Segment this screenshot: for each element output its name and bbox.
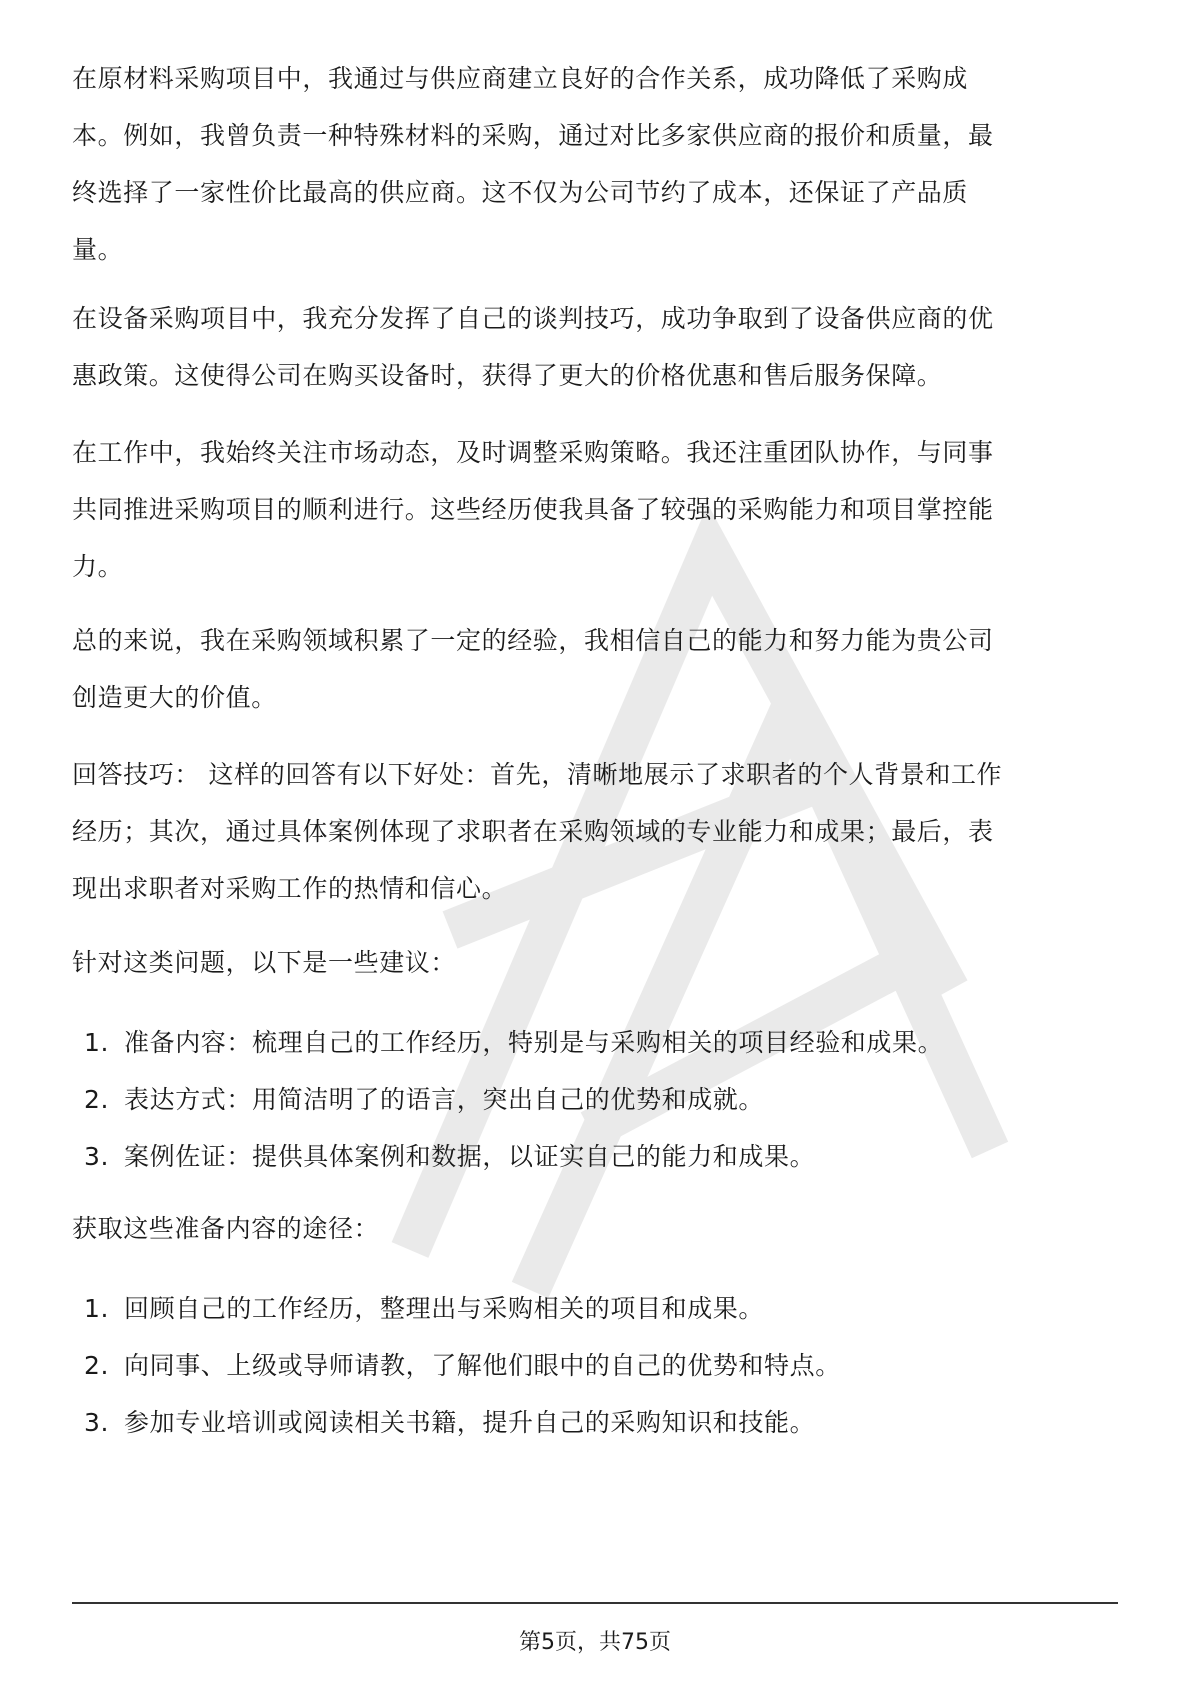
paragraph-suggestions-heading: 针对这类问题，以下是一些建议： — [72, 934, 1122, 991]
text-line: 量。 — [72, 221, 1122, 278]
text-line: 惠政策。这使得公司在购买设备时，获得了更大的价格优惠和售后服务保障。 — [72, 347, 1122, 404]
text-line: 总的来说，我在采购领域积累了一定的经验，我相信自己的能力和努力能为贵公司 — [72, 612, 1122, 669]
text-line: 回答技巧： 这样的回答有以下好处：首先，清晰地展示了求职者的个人背景和工作 — [72, 746, 1122, 803]
text-line: 现出求职者对采购工作的热情和信心。 — [72, 860, 1122, 917]
text-line: 力。 — [72, 538, 1122, 595]
list-item: 2.表达方式：用简洁明了的语言，突出自己的优势和成就。 — [84, 1071, 1124, 1128]
paragraph-raw-materials: 在原材料采购项目中，我通过与供应商建立良好的合作关系，成功降低了采购成 本。例如… — [72, 50, 1122, 278]
page-number: 第5页，共75页 — [0, 1625, 1190, 1656]
text-line: 本。例如，我曾负责一种特殊材料的采购，通过对比多家供应商的报价和质量，最 — [72, 107, 1122, 164]
list-item: 3.参加专业培训或阅读相关书籍，提升自己的采购知识和技能。 — [84, 1394, 1124, 1451]
text-line: 终选择了一家性价比最高的供应商。这不仅为公司节约了成本，还保证了产品质 — [72, 164, 1122, 221]
text-line: 共同推进采购项目的顺利进行。这些经历使我具备了较强的采购能力和项目掌控能 — [72, 481, 1122, 538]
paragraph-work: 在工作中，我始终关注市场动态，及时调整采购策略。我还注重团队协作，与同事 共同推… — [72, 424, 1122, 595]
list-item: 1.准备内容：梳理自己的工作经历，特别是与采购相关的项目经验和成果。 — [84, 1014, 1124, 1071]
list-item: 3.案例佐证：提供具体案例和数据，以证实自己的能力和成果。 — [84, 1128, 1124, 1185]
list-item: 1.回顾自己的工作经历，整理出与采购相关的项目和成果。 — [84, 1280, 1124, 1337]
text-line: 在设备采购项目中，我充分发挥了自己的谈判技巧，成功争取到了设备供应商的优 — [72, 290, 1122, 347]
suggestions-list: 1.准备内容：梳理自己的工作经历，特别是与采购相关的项目经验和成果。 2.表达方… — [84, 1014, 1124, 1185]
paragraph-answer-tips: 回答技巧： 这样的回答有以下好处：首先，清晰地展示了求职者的个人背景和工作 经历… — [72, 746, 1122, 917]
paragraph-equipment: 在设备采购项目中，我充分发挥了自己的谈判技巧，成功争取到了设备供应商的优 惠政策… — [72, 290, 1122, 404]
ways-heading: 获取这些准备内容的途径： — [72, 1200, 1122, 1257]
text-line: 创造更大的价值。 — [72, 669, 1122, 726]
text-line: 针对这类问题，以下是一些建议： — [72, 934, 1122, 991]
text-line: 获取这些准备内容的途径： — [72, 1200, 1122, 1257]
list-item: 2.向同事、上级或导师请教，了解他们眼中的自己的优势和特点。 — [84, 1337, 1124, 1394]
footer-divider — [72, 1602, 1118, 1604]
document-page: 在原材料采购项目中，我通过与供应商建立良好的合作关系，成功降低了采购成 本。例如… — [0, 0, 1190, 1684]
paragraph-summary: 总的来说，我在采购领域积累了一定的经验，我相信自己的能力和努力能为贵公司 创造更… — [72, 612, 1122, 726]
ways-list: 1.回顾自己的工作经历，整理出与采购相关的项目和成果。 2.向同事、上级或导师请… — [84, 1280, 1124, 1451]
text-line: 在工作中，我始终关注市场动态，及时调整采购策略。我还注重团队协作，与同事 — [72, 424, 1122, 481]
text-line: 经历；其次，通过具体案例体现了求职者在采购领域的专业能力和成果；最后，表 — [72, 803, 1122, 860]
text-line: 在原材料采购项目中，我通过与供应商建立良好的合作关系，成功降低了采购成 — [72, 50, 1122, 107]
